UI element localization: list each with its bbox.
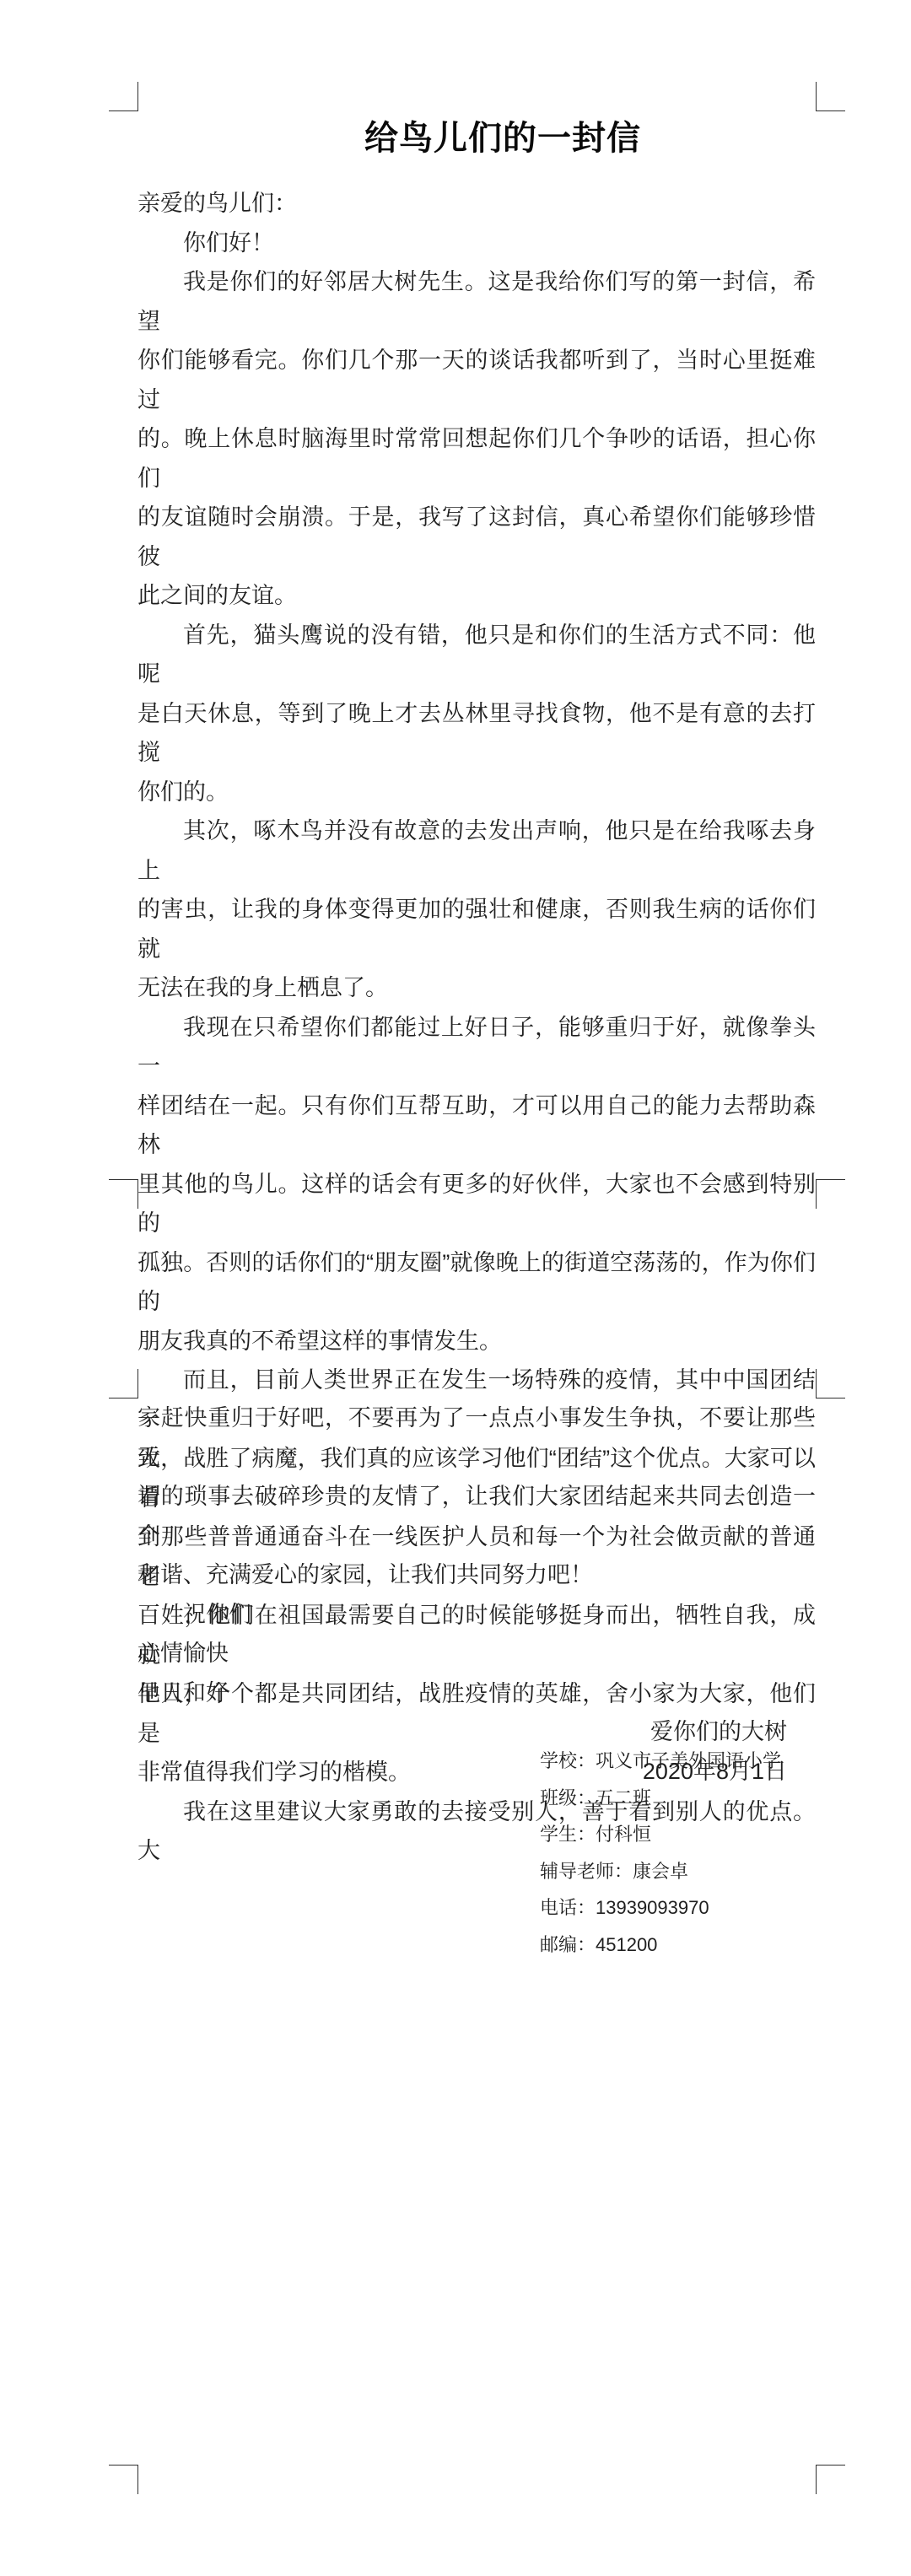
page2-crop-mark-top-left-icon [109, 1369, 138, 1398]
page-title: 给鸟儿们的一封信 [165, 119, 840, 158]
page1-crop-mark-bottom-right-icon [816, 1179, 845, 1209]
text-line: 朋友我真的不希望这样的事情发生。 [137, 1322, 816, 1361]
text-line: 祝你们 [137, 1595, 816, 1635]
text-line: 电话：13939093970 [540, 1889, 894, 1927]
text-line: 班级：五二班 [540, 1780, 894, 1817]
text-line: 早日和好 [137, 1673, 816, 1713]
text-line: 此之间的友谊。 [137, 576, 816, 616]
page1-crop-mark-top-right-icon [816, 82, 845, 111]
text-line: 邮编：451200 [540, 1927, 894, 1964]
text-line: 你们能够看完。你们几个那一天的谈话我都听到了，当时心里挺难过 [137, 341, 816, 419]
text-line: 的害虫，让我的身体变得更加的强壮和健康，否则我生病的话你们就 [137, 890, 816, 968]
text-line: 样团结在一起。只有你们互帮互助，才可以用自己的能力去帮助森林 [137, 1086, 816, 1165]
text-line: 你们好！ [137, 224, 816, 263]
page2-crop-mark-bottom-right-icon [816, 2465, 845, 2494]
text-line: 的。晚上休息时脑海里时常常回想起你们几个争吵的话语，担心你们 [137, 419, 816, 498]
text-line: 首先，猫头鹰说的没有错，他只是和你们的生活方式不同：他呢 [137, 616, 816, 694]
text-line: 其次，啄木鸟并没有故意的去发出声响，他只是在给我啄去身上 [137, 811, 816, 890]
text-line: 心情愉快 [137, 1634, 816, 1673]
page1-crop-mark-bottom-left-icon [109, 1179, 138, 1209]
letter-document: 给鸟儿们的一封信 亲爱的鸟儿们：你们好！我是你们的好邻居大树先生。这是我给你们写… [0, 0, 911, 2576]
page2-letter-body: 家赶快重归于好吧，不要再为了一点点小事发生争执，不要让那些无谓的琐事去破碎珍贵的… [137, 1398, 816, 1791]
text-line: 学校：巩义市子美外国语小学 [540, 1743, 894, 1780]
text-line: 是白天休息，等到了晚上才去丛林里寻找食物，他不是有意的去打搅 [137, 694, 816, 773]
text-line: 无法在我的身上栖息了。 [137, 968, 816, 1008]
text-line: 谓的琐事去破碎珍贵的友情了，让我们大家团结起来共同去创造一个 [137, 1477, 816, 1555]
text-line: 里其他的鸟儿。这样的话会有更多的好伙伴，大家也不会感到特别的 [137, 1165, 816, 1243]
text-line: 你们的。 [137, 773, 816, 812]
text-line: 辅导老师：康会卓 [540, 1853, 894, 1890]
page1-crop-mark-top-left-icon [109, 82, 138, 111]
text-line: 我是你们的好邻居大树先生。这是我给你们写的第一封信，希望 [137, 262, 816, 341]
text-line: 我现在只希望你们都能过上好日子，能够重归于好，就像拳头一 [137, 1008, 816, 1086]
text-line: 学生：付科恒 [540, 1816, 894, 1853]
text-line: 孤独。否则的话你们的“朋友圈”就像晚上的街道空荡荡的，作为你们的 [137, 1243, 816, 1322]
student-info-block: 学校：巩义市子美外国语小学班级：五二班学生：付科恒辅导老师：康会卓电话：1393… [540, 1743, 894, 1963]
page2-crop-mark-top-right-icon [816, 1369, 845, 1398]
text-line: 的友谊随时会崩溃。于是，我写了这封信，真心希望你们能够珍惜彼 [137, 498, 816, 576]
text-line: 亲爱的鸟儿们： [137, 184, 816, 224]
page2-crop-mark-bottom-left-icon [109, 2465, 138, 2494]
text-line: 和谐、充满爱心的家园，让我们共同努力吧！ [137, 1555, 816, 1595]
text-line: 家赶快重归于好吧，不要再为了一点点小事发生争执，不要让那些无 [137, 1398, 816, 1477]
